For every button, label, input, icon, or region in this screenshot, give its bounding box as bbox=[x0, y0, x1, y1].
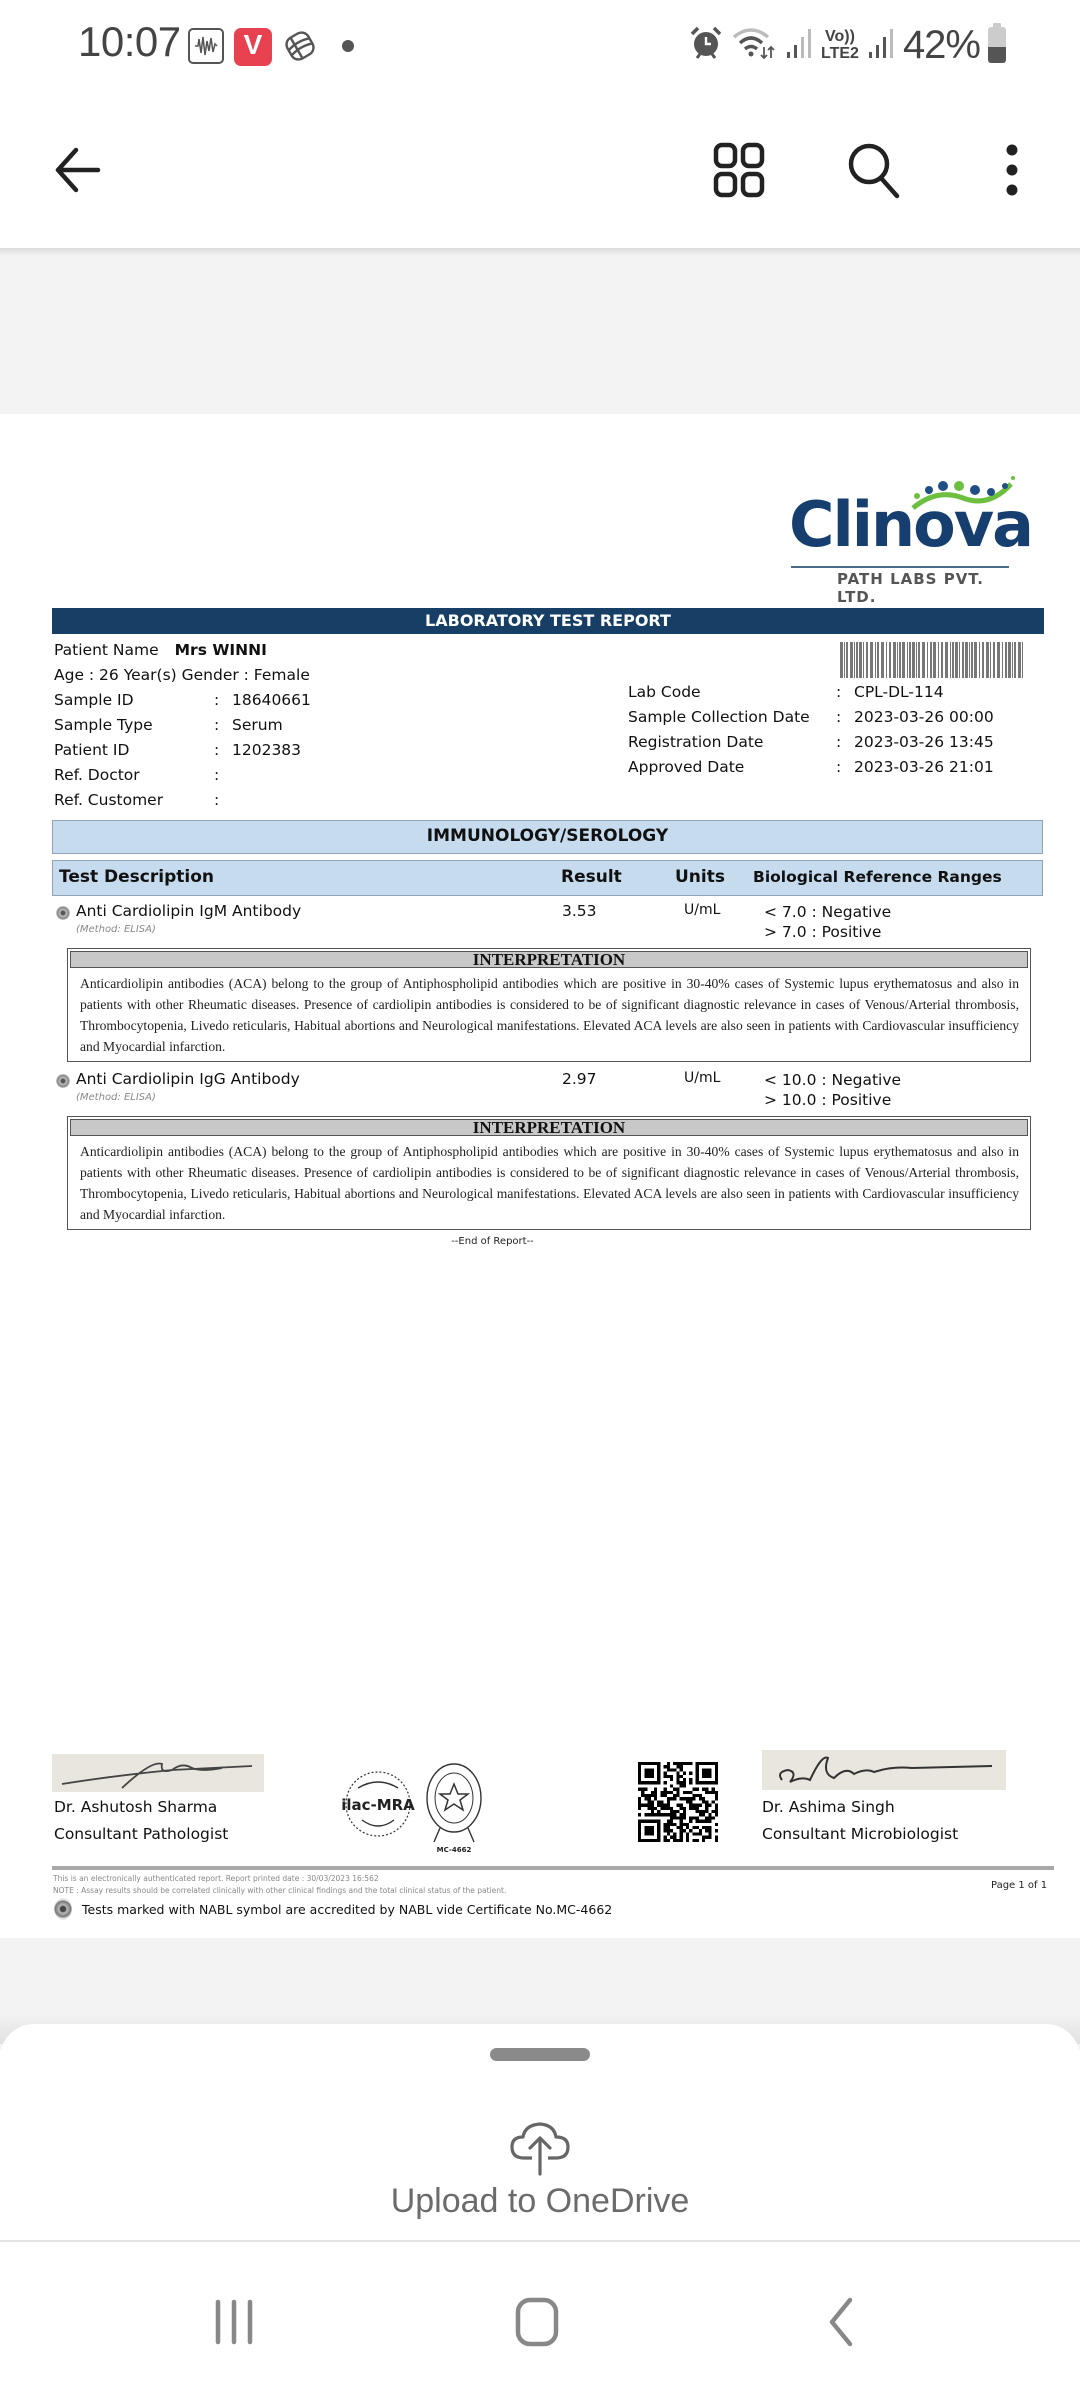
info-label: Approved Date bbox=[628, 755, 836, 780]
signatory-1: Dr. Ashutosh Sharma Consultant Pathologi… bbox=[54, 1794, 228, 1848]
info-row: Registration Date:2023-03-26 13:45 bbox=[628, 730, 994, 755]
test-units: U/mL bbox=[684, 902, 720, 918]
info-value: 18640661 bbox=[232, 688, 311, 713]
report-title: LABORATORY TEST REPORT bbox=[52, 608, 1044, 634]
signature-image bbox=[762, 1750, 1006, 1790]
battery-percent: 42% bbox=[903, 23, 980, 68]
signature-image bbox=[52, 1754, 264, 1792]
ref-negative: < 7.0 : Negative bbox=[764, 902, 891, 922]
info-label: Lab Code bbox=[628, 680, 836, 705]
signatory-name: Dr. Ashima Singh bbox=[762, 1794, 958, 1821]
video-app-icon: V bbox=[234, 28, 272, 66]
signatory-2: Dr. Ashima Singh Consultant Microbiologi… bbox=[762, 1794, 958, 1848]
department-header: IMMUNOLOGY/SEROLOGY bbox=[52, 820, 1043, 854]
status-right-group: Vo)) LTE2 42% bbox=[689, 20, 1006, 70]
signatory-title: Consultant Pathologist bbox=[54, 1821, 228, 1848]
interpretation-title: INTERPRETATION bbox=[70, 951, 1028, 968]
info-label: Patient ID bbox=[54, 738, 214, 763]
interpretation-text: Anticardiolipin antibodies (ACA) belong … bbox=[68, 970, 1030, 1061]
colon: : bbox=[214, 713, 232, 738]
patient-name-label: Patient Name bbox=[54, 638, 159, 663]
age-gender: Age : 26 Year(s) Gender : Female bbox=[54, 663, 310, 688]
info-value: 1202383 bbox=[232, 738, 301, 763]
accreditation-seals-icon: ilac-MRA MC-4662 bbox=[336, 1758, 488, 1854]
logo-rule bbox=[791, 566, 1009, 568]
info-value: 2023-03-26 13:45 bbox=[854, 730, 994, 755]
search-button[interactable] bbox=[835, 130, 915, 210]
ref-positive: > 10.0 : Positive bbox=[764, 1090, 901, 1110]
nabl-seal-icon bbox=[56, 1074, 70, 1088]
ref-negative: < 10.0 : Negative bbox=[764, 1070, 901, 1090]
colon: : bbox=[836, 730, 854, 755]
signal-icon bbox=[867, 26, 895, 64]
table-row: Anti Cardiolipin IgM Antibody (Method: E… bbox=[54, 902, 1044, 952]
nabl-cert-text: MC-4662 bbox=[437, 1846, 472, 1854]
more-vert-icon bbox=[1002, 140, 1022, 200]
navigation-bar bbox=[0, 2242, 1080, 2400]
page-number: Page 1 of 1 bbox=[991, 1880, 1047, 1891]
status-bar: 10:07 V Vo)) LTE2 42% bbox=[0, 0, 1080, 90]
lab-report: Clinova PATH LABS PVT. LTD. LABORATORY T… bbox=[0, 414, 1080, 1938]
col-result: Result bbox=[561, 861, 622, 894]
age-gender-row: Age : 26 Year(s) Gender : Female bbox=[54, 663, 311, 688]
col-reference-ranges: Biological Reference Ranges bbox=[753, 861, 1002, 894]
info-row: Sample ID:18640661 bbox=[54, 688, 311, 713]
pdf-page[interactable]: Clinova PATH LABS PVT. LTD. LABORATORY T… bbox=[0, 414, 1080, 1938]
test-reference-range: < 10.0 : Negative > 10.0 : Positive bbox=[764, 1070, 901, 1110]
cloud-upload-icon bbox=[508, 2120, 572, 2176]
auth-note: This is an electronically authenticated … bbox=[53, 1874, 379, 1883]
search-icon bbox=[845, 140, 905, 200]
wifi-icon bbox=[731, 25, 777, 65]
app-bar-shadow bbox=[0, 248, 1080, 256]
audio-wave-icon bbox=[188, 28, 224, 64]
colon: : bbox=[214, 738, 232, 763]
colon: : bbox=[214, 788, 232, 813]
lte2-label: LTE2 bbox=[821, 45, 859, 62]
app-bar bbox=[0, 90, 1080, 250]
globe-app-icon bbox=[282, 28, 318, 64]
info-label: Ref. Doctor bbox=[54, 763, 214, 788]
colon: : bbox=[836, 705, 854, 730]
interpretation-title: INTERPRETATION bbox=[70, 1119, 1028, 1136]
signal-icon bbox=[785, 26, 813, 64]
info-row: Ref. Doctor: bbox=[54, 763, 311, 788]
test-method: (Method: ELISA) bbox=[76, 1092, 156, 1103]
info-row: Sample Type:Serum bbox=[54, 713, 311, 738]
colon: : bbox=[836, 680, 854, 705]
test-reference-range: < 7.0 : Negative > 7.0 : Positive bbox=[764, 902, 891, 942]
lab-info: Lab Code:CPL-DL-114 Sample Collection Da… bbox=[628, 680, 994, 780]
footer-divider bbox=[52, 1866, 1054, 1870]
test-method: (Method: ELISA) bbox=[76, 924, 156, 935]
clinical-note: NOTE : Assay results should be correlate… bbox=[53, 1886, 506, 1895]
volte-label: Vo)) bbox=[821, 28, 859, 45]
sheet-drag-handle[interactable] bbox=[490, 2048, 590, 2061]
nabl-note-text: Tests marked with NABL symbol are accred… bbox=[82, 1902, 612, 1917]
info-label: Ref. Customer bbox=[54, 788, 214, 813]
test-result: 3.53 bbox=[562, 902, 597, 920]
arrow-left-icon bbox=[50, 142, 106, 198]
test-name: Anti Cardiolipin IgG Antibody bbox=[76, 1070, 300, 1088]
home-icon bbox=[512, 2296, 562, 2348]
test-units: U/mL bbox=[684, 1070, 720, 1086]
info-label: Sample ID bbox=[54, 688, 214, 713]
info-value: CPL-DL-114 bbox=[854, 680, 944, 705]
upload-label: Upload to OneDrive bbox=[340, 2182, 740, 2221]
col-test-description: Test Description bbox=[59, 861, 214, 894]
back-icon bbox=[820, 2296, 860, 2348]
signatory-title: Consultant Microbiologist bbox=[762, 1821, 958, 1848]
recent-apps-button[interactable] bbox=[184, 2282, 284, 2362]
barcode-icon bbox=[840, 642, 1026, 678]
qr-code-icon bbox=[638, 1762, 718, 1842]
patient-name-row: Patient Name Mrs WINNI bbox=[54, 638, 311, 663]
upload-to-onedrive-button[interactable]: Upload to OneDrive bbox=[340, 2120, 740, 2232]
colon: : bbox=[214, 688, 232, 713]
nabl-note: Tests marked with NABL symbol are accred… bbox=[54, 1898, 612, 1920]
interpretation-text: Anticardiolipin antibodies (ACA) belong … bbox=[68, 1138, 1030, 1229]
info-row: Ref. Customer: bbox=[54, 788, 311, 813]
patient-name: Mrs WINNI bbox=[175, 638, 267, 663]
table-row: Anti Cardiolipin IgG Antibody (Method: E… bbox=[54, 1070, 1044, 1120]
battery-icon bbox=[988, 27, 1006, 63]
logo-subtitle: PATH LABS PVT. LTD. bbox=[837, 570, 1015, 606]
results-table-header: Test Description Result Units Biological… bbox=[52, 860, 1043, 896]
signatory-name: Dr. Ashutosh Sharma bbox=[54, 1794, 228, 1821]
bottom-sheet: Upload to OneDrive bbox=[0, 2024, 1080, 2240]
test-result: 2.97 bbox=[562, 1070, 597, 1088]
interpretation-box: INTERPRETATION Anticardiolipin antibodie… bbox=[67, 1116, 1031, 1230]
info-value: 2023-03-26 21:01 bbox=[854, 755, 994, 780]
col-units: Units bbox=[675, 861, 725, 894]
logo-brand: Clinova bbox=[789, 488, 1032, 561]
status-time: 10:07 bbox=[78, 18, 181, 66]
more-options-button[interactable] bbox=[972, 130, 1052, 210]
grid-view-button[interactable] bbox=[700, 130, 780, 210]
nabl-seal-icon bbox=[54, 1898, 72, 1920]
end-of-report: --End of Report-- bbox=[0, 1236, 985, 1247]
alarm-icon bbox=[689, 25, 723, 65]
notification-dot-icon bbox=[342, 40, 354, 52]
home-button[interactable] bbox=[487, 2282, 587, 2362]
patient-info: Patient Name Mrs WINNI Age : 26 Year(s) … bbox=[54, 638, 311, 813]
info-label: Sample Collection Date bbox=[628, 705, 836, 730]
info-label: Sample Type bbox=[54, 713, 214, 738]
test-name: Anti Cardiolipin IgM Antibody bbox=[76, 902, 301, 920]
clinova-logo: Clinova PATH LABS PVT. LTD. bbox=[787, 470, 1015, 580]
ref-positive: > 7.0 : Positive bbox=[764, 922, 891, 942]
recent-apps-icon bbox=[212, 2298, 256, 2346]
info-row: Lab Code:CPL-DL-114 bbox=[628, 680, 994, 705]
grid-view-icon bbox=[712, 142, 768, 198]
interpretation-box: INTERPRETATION Anticardiolipin antibodie… bbox=[67, 948, 1031, 1062]
info-row: Patient ID:1202383 bbox=[54, 738, 311, 763]
info-value: 2023-03-26 00:00 bbox=[854, 705, 994, 730]
nabl-seal-icon bbox=[56, 906, 70, 920]
back-button[interactable] bbox=[38, 130, 118, 210]
info-row: Approved Date:2023-03-26 21:01 bbox=[628, 755, 994, 780]
volte-lte2-icon: Vo)) LTE2 bbox=[821, 28, 859, 62]
colon: : bbox=[836, 755, 854, 780]
system-back-button[interactable] bbox=[790, 2282, 890, 2362]
ilac-text: ilac-MRA bbox=[341, 1796, 415, 1814]
colon: : bbox=[214, 763, 232, 788]
info-label: Registration Date bbox=[628, 730, 836, 755]
info-row: Sample Collection Date:2023-03-26 00:00 bbox=[628, 705, 994, 730]
info-value: Serum bbox=[232, 713, 283, 738]
